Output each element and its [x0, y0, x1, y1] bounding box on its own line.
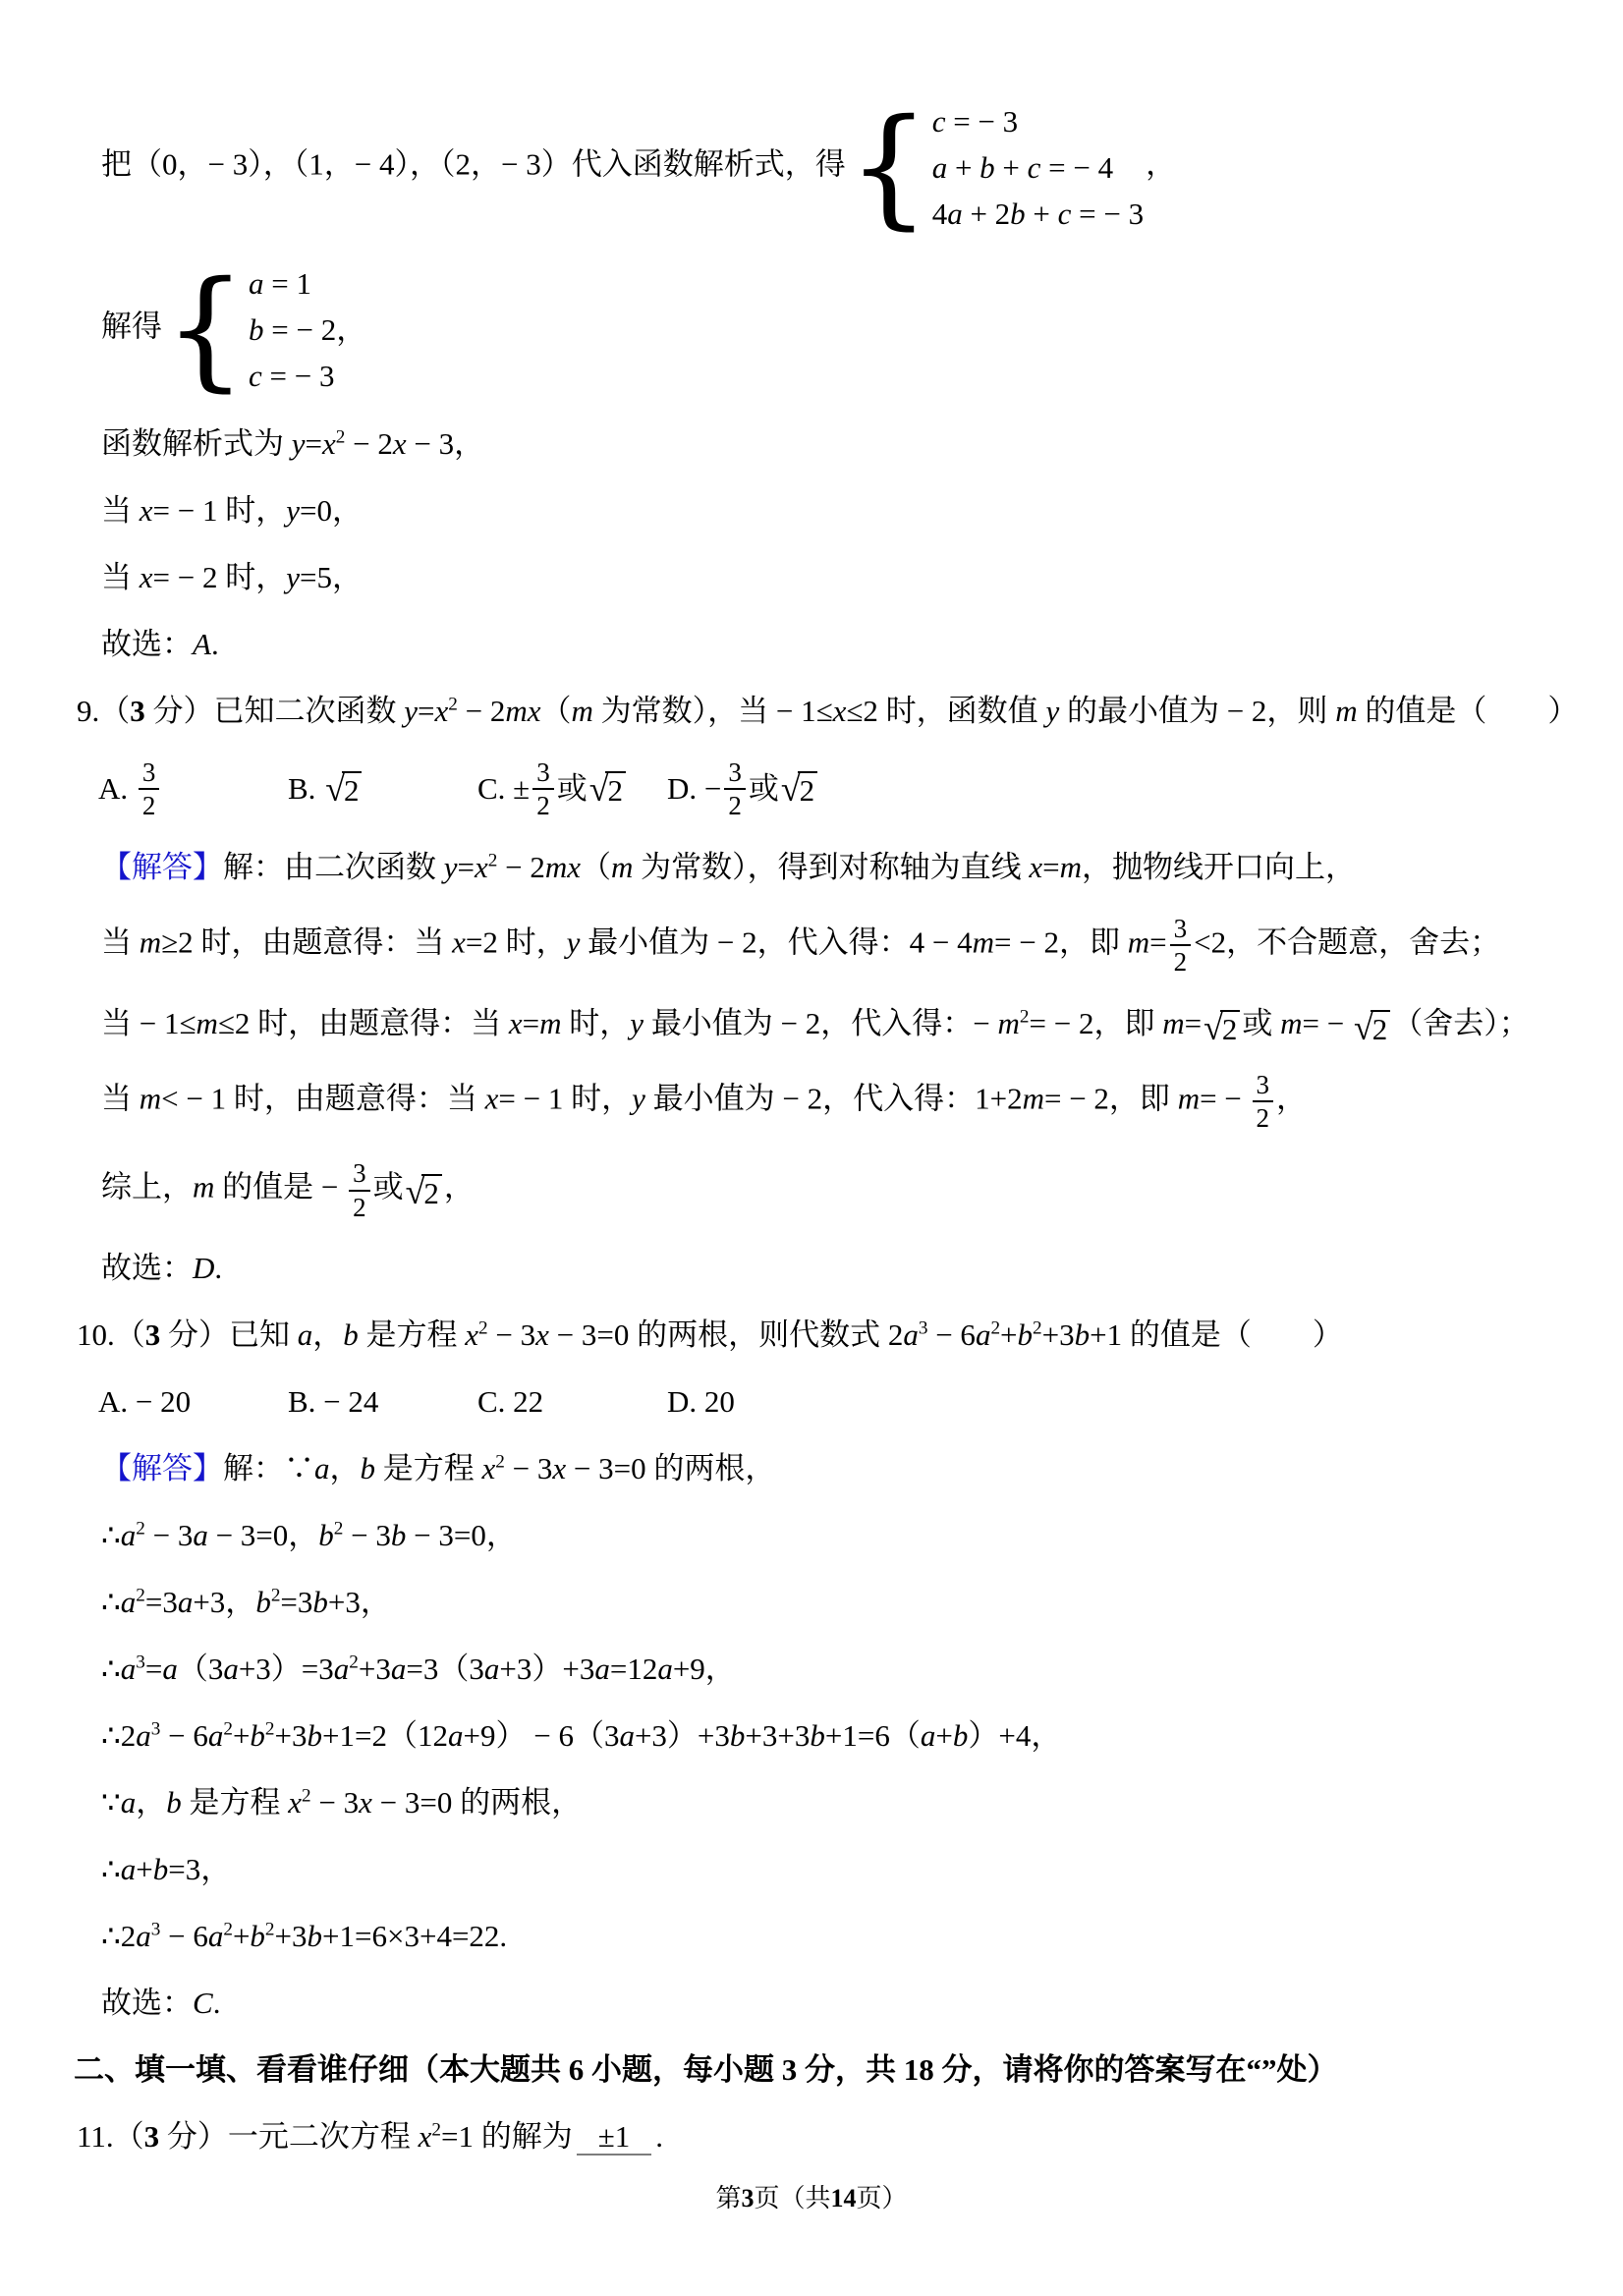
text-run: +: [995, 150, 1028, 185]
fraction: 32: [1170, 913, 1192, 979]
text-run: ≥2 时，由题意得：当: [161, 924, 452, 959]
superscript: 2: [302, 1786, 311, 1807]
text-run: 最小值为 − 2，代入得：−: [644, 1006, 997, 1040]
superscript: 2: [136, 1519, 145, 1540]
math-variable: x: [485, 1081, 499, 1115]
math-variable: m: [1335, 694, 1357, 728]
cases-system: {a = 1b = − 2，c = − 3: [164, 260, 366, 399]
math-variable: a: [619, 1718, 635, 1753]
math-variable: a: [657, 1652, 673, 1686]
math-variable: b: [1018, 1317, 1034, 1352]
math-variable: c: [1058, 196, 1072, 231]
text-run: − 3=0，: [406, 1518, 516, 1552]
math-variable: m: [998, 1006, 1020, 1040]
math-variable: x: [552, 1451, 566, 1485]
text-run: =: [145, 1652, 162, 1686]
text-run: +3: [359, 1652, 391, 1686]
cases-row: c = − 3: [932, 98, 1144, 144]
text-run: − 3=0，: [208, 1518, 318, 1552]
square-root: √2: [406, 1174, 442, 1209]
bold-text: 3: [145, 1317, 161, 1352]
bold-text: 3: [130, 694, 145, 728]
text-run: = − 2，即: [1030, 1006, 1163, 1040]
text-run: 分）已知: [160, 1317, 298, 1352]
math-variable: mx: [505, 694, 540, 728]
math-variable: a: [121, 1585, 137, 1619]
solution-line: 当 m≥2 时，由题意得：当 x=2 时，y 最小值为 − 2，代入得：4 − …: [101, 913, 1623, 979]
text-run: +1=2（12: [322, 1718, 448, 1753]
text-run: +3: [275, 1718, 308, 1753]
text-run: − 3: [145, 1518, 193, 1552]
square-root: √2: [1354, 1010, 1390, 1045]
text-run: 分）一元二次方程: [159, 2119, 419, 2154]
text-run: ，: [330, 1451, 361, 1485]
fraction: 32: [139, 756, 160, 822]
text-run: +3，: [193, 1585, 255, 1619]
cases-row: b = − 2，: [249, 307, 366, 353]
math-variable: a: [121, 1518, 137, 1552]
math-variable: x: [322, 426, 336, 461]
math-variable: x: [359, 1785, 372, 1820]
math-variable: x: [833, 694, 847, 728]
text-run: =5，: [300, 560, 363, 594]
math-variable: y: [567, 924, 581, 959]
math-variable: x: [535, 1317, 549, 1352]
text-run: 故选：: [101, 1251, 193, 1285]
text-run: < − 1 时，由题意得：当: [161, 1081, 484, 1115]
fraction-denominator: 2: [349, 1192, 370, 1223]
superscript: 2: [336, 427, 346, 448]
superscript: 2: [478, 1318, 488, 1339]
text-run: 最小值为 − 2，代入得：4 − 4: [580, 924, 972, 959]
math-variable: x: [509, 1006, 523, 1040]
fraction-denominator: 2: [139, 790, 160, 821]
math-variable: b: [318, 1518, 334, 1552]
solution-line: ∴a2=3a+3，b2=3b+3，: [101, 1581, 1623, 1624]
math-variable: m: [196, 1006, 218, 1040]
text-run: D. 20: [667, 1380, 735, 1424]
math-variable: a: [484, 1652, 500, 1686]
option-cell: D. −32或√2: [667, 756, 819, 822]
text-run: − 6: [160, 1718, 207, 1753]
cases-row: a = 1: [249, 260, 366, 307]
text-run: 解得: [101, 309, 162, 344]
text-run: = − 2，即: [994, 924, 1128, 959]
math-variable: c: [1028, 150, 1041, 185]
solution-line: ∴a+b=3，: [101, 1848, 1623, 1891]
superscript: 2: [488, 850, 498, 870]
text-run: +: [1000, 1317, 1017, 1352]
math-variable: c: [932, 104, 946, 139]
text-run: 为常数），得到对称轴为直线: [633, 850, 1029, 884]
text-run: ，: [136, 1785, 166, 1820]
solution-line: 函数解析式为 y=x2 − 2x − 3，: [101, 422, 1623, 466]
text-run: =: [1149, 924, 1166, 959]
math-variable: a: [903, 1317, 919, 1352]
radicand: 2: [1220, 1010, 1241, 1044]
text-run: +1=6×3+4=22.: [322, 1919, 507, 1953]
math-variable: b: [1010, 196, 1026, 231]
text-run: =3（3: [406, 1652, 483, 1686]
bold-text: 14: [831, 2184, 857, 2212]
solution-line: ∵a，b 是方程 x2 − 3x − 3=0 的两根，: [101, 1781, 1623, 1824]
text-run: ≤2 时，由题意得：当: [218, 1006, 509, 1040]
math-variable: D: [193, 1251, 214, 1285]
math-variable: b: [361, 1451, 376, 1485]
radicand: 2: [605, 771, 626, 806]
text-run: +3: [275, 1919, 308, 1953]
math-variable: m: [1178, 1081, 1200, 1115]
text-run: （: [541, 694, 572, 728]
text-run: =: [1185, 1006, 1202, 1040]
fraction-denominator: 2: [1170, 946, 1192, 978]
text-run: =3，: [168, 1852, 231, 1886]
math-variable: m: [611, 850, 633, 884]
options-row: A. − 20B. − 24C. 22D. 20: [98, 1380, 1623, 1424]
text-run: 或: [557, 767, 588, 811]
superscript: 3: [136, 1652, 145, 1673]
text-run: +: [233, 1718, 250, 1753]
math-variable: b: [343, 1317, 359, 1352]
left-brace-icon: {: [164, 268, 247, 391]
radicand: 2: [421, 1174, 442, 1208]
math-variable: a: [121, 1852, 137, 1886]
math-variable: x: [465, 1317, 478, 1352]
fraction-numerator: 3: [1253, 1069, 1274, 1102]
text-run: − 3=0 的两根，: [566, 1451, 775, 1485]
document-body: 把（0，− 3），（1，− 4），（2，− 3）代入函数解析式，得{c = − …: [0, 98, 1623, 2158]
text-run: C. 22: [477, 1380, 543, 1424]
math-variable: mx: [545, 850, 581, 884]
text-run: ，: [1146, 147, 1176, 182]
superscript: 2: [223, 1719, 233, 1740]
fraction-numerator: 3: [139, 756, 160, 790]
text-run: （: [581, 850, 611, 884]
exam-page: 把（0，− 3），（1，− 4），（2，− 3）代入函数解析式，得{c = − …: [0, 0, 1623, 2296]
text-run: 的最小值为 − 2，则: [1059, 694, 1335, 728]
text-run: =3: [145, 1585, 178, 1619]
text-run: − 3=0 的两根，则代数式 2: [549, 1317, 903, 1352]
text-run: ∴: [101, 1518, 121, 1552]
text-run: +3: [1042, 1317, 1075, 1352]
fraction-denominator: 2: [724, 790, 746, 821]
math-variable: a: [594, 1652, 610, 1686]
math-variable: m: [1060, 850, 1082, 884]
option-cell: B. − 24: [288, 1380, 477, 1424]
text-run: +3，: [328, 1585, 391, 1619]
text-run: − 3=0 的两根，: [372, 1785, 582, 1820]
text-run: − 2: [497, 850, 544, 884]
fraction: 32: [724, 756, 746, 822]
text-run: 或: [1242, 1006, 1280, 1040]
superscript: 3: [151, 1719, 161, 1740]
math-variable: x: [419, 2119, 432, 2154]
math-variable: y: [630, 1006, 644, 1040]
math-variable: m: [572, 694, 593, 728]
math-variable: a: [976, 1317, 991, 1352]
math-variable: a: [121, 1652, 137, 1686]
text-run: = − 2，即: [1044, 1081, 1178, 1115]
text-run: +: [136, 1852, 152, 1886]
math-variable: y: [632, 1081, 645, 1115]
math-variable: C: [193, 1986, 213, 2020]
fraction-denominator: 2: [532, 790, 554, 821]
text-run: 综上，: [101, 1170, 193, 1204]
text-run: =: [523, 1006, 539, 1040]
superscript: 2: [265, 1719, 275, 1740]
math-variable: b: [153, 1852, 169, 1886]
solution-line: 【解答】解：∵a，b 是方程 x2 − 3x − 3=0 的两根，: [101, 1447, 1623, 1490]
text-run: 是方程: [182, 1785, 289, 1820]
math-variable: m: [140, 1081, 161, 1115]
solution-line: 故选：C.: [101, 1982, 1623, 2025]
text-run: = − 4: [1040, 150, 1113, 185]
text-run: =2 时，: [466, 924, 567, 959]
math-variable: m: [140, 924, 161, 959]
superscript: 2: [136, 1586, 145, 1606]
math-variable: a: [334, 1652, 350, 1686]
math-variable: b: [1075, 1317, 1091, 1352]
text-run: A. − 20: [98, 1380, 191, 1424]
math-variable: x: [475, 850, 488, 884]
math-variable: a: [391, 1652, 407, 1686]
text-run: 把（0，− 3），（1，− 4），（2，− 3）代入函数解析式，得: [101, 147, 846, 182]
math-variable: b: [250, 1919, 265, 1953]
math-variable: a: [947, 196, 963, 231]
solution-line: 把（0，− 3），（1，− 4），（2，− 3）代入函数解析式，得{c = − …: [101, 98, 1623, 237]
text-run: 页（共: [754, 2184, 830, 2212]
superscript: 2: [271, 1586, 281, 1606]
math-variable: a: [136, 1718, 151, 1753]
text-run: +: [1026, 196, 1058, 231]
superscript: 2: [1033, 1318, 1042, 1339]
text-run: 解：∵: [223, 1451, 314, 1485]
answer-blank: ±1: [577, 2119, 652, 2156]
text-run: 是方程: [375, 1451, 482, 1485]
page-footer: 第3页（共14页）: [0, 2182, 1623, 2215]
fraction-denominator: 2: [1253, 1102, 1274, 1134]
math-variable: a: [208, 1919, 224, 1953]
left-brace-icon: {: [848, 106, 930, 229]
fraction-numerator: 3: [724, 756, 746, 790]
math-variable: a: [921, 1718, 936, 1753]
cases-rows: c = − 3a + b + c = − 44a + 2b + c = − 3: [932, 98, 1144, 237]
math-variable: b: [810, 1718, 825, 1753]
text-run: 分）已知二次函数: [145, 694, 405, 728]
option-cell: A. 32: [98, 756, 288, 822]
solution-line: ∴2a3 − 6a2+b2+3b+1=2（12a+9） − 6（3a+3）+3b…: [101, 1714, 1623, 1758]
superscript: 2: [448, 695, 458, 715]
text-run: =0，: [300, 493, 363, 528]
math-variable: a: [208, 1718, 224, 1753]
text-run: = − 3: [1071, 196, 1144, 231]
text-run: − 6: [160, 1919, 207, 1953]
math-variable: x: [435, 694, 449, 728]
text-run: +1=6（: [825, 1718, 921, 1753]
math-variable: m: [1128, 924, 1149, 959]
math-variable: b: [255, 1585, 271, 1619]
solution-line: ∴2a3 − 6a2+b2+3b+1=6×3+4=22.: [101, 1915, 1623, 1958]
text-run: A.: [98, 767, 136, 811]
math-variable: a: [298, 1317, 313, 1352]
solution-label: 【解答】: [101, 1451, 223, 1485]
solution-line: 当 − 1≤m≤2 时，由题意得：当 x=m 时，y 最小值为 − 2，代入得：…: [101, 1002, 1623, 1045]
text-run: − 2: [345, 426, 392, 461]
text-run: = − 1 时，: [153, 493, 287, 528]
math-variable: x: [140, 493, 153, 528]
text-run: 为常数），当 − 1≤: [593, 694, 833, 728]
text-run: 时，: [562, 1006, 631, 1040]
math-variable: m: [1162, 1006, 1184, 1040]
text-run: ∵: [101, 1785, 121, 1820]
text-run: − 3: [311, 1785, 359, 1820]
text-run: 的值是（ ）: [1358, 694, 1579, 728]
radicand: 2: [342, 771, 363, 806]
option-cell: D. 20: [667, 1380, 735, 1424]
text-run: ∴: [101, 1852, 121, 1886]
question-line: 10.（3 分）已知 a，b 是方程 x2 − 3x − 3=0 的两根，则代数…: [77, 1314, 1623, 1357]
text-run: − 3: [505, 1451, 552, 1485]
solution-line: 当 x= − 1 时，y=0，: [101, 489, 1623, 532]
text-run: +: [935, 1718, 952, 1753]
text-run: B. − 24: [288, 1380, 378, 1424]
text-run: = − 3: [262, 359, 335, 393]
text-run: 当: [101, 493, 140, 528]
solution-line: 当 m< − 1 时，由题意得：当 x= − 1 时，y 最小值为 − 2，代入…: [101, 1069, 1623, 1135]
math-variable: a: [193, 1518, 208, 1552]
square-root: √2: [589, 771, 626, 807]
text-run: − 6: [927, 1317, 975, 1352]
math-variable: b: [312, 1585, 328, 1619]
text-run: 11.（: [77, 2119, 144, 2154]
text-run: 当: [101, 560, 140, 594]
solution-label: 【解答】: [101, 850, 223, 884]
text-run: = − 2 时，: [153, 560, 287, 594]
solution-line: 【解答】解：由二次函数 y=x2 − 2mx（m 为常数），得到对称轴为直线 x…: [101, 846, 1623, 889]
math-variable: y: [286, 493, 300, 528]
cases-row: c = − 3: [249, 353, 366, 399]
math-variable: x: [1029, 850, 1042, 884]
text-run: =: [418, 694, 434, 728]
math-variable: x: [452, 924, 466, 959]
text-run: ≤2 时，函数值: [846, 694, 1045, 728]
text-run: 当 − 1≤: [101, 1006, 196, 1040]
math-variable: b: [979, 150, 995, 185]
option-cell: C. ±32或√2: [477, 756, 667, 822]
text-run: 故选：: [101, 1986, 193, 2020]
math-variable: x: [288, 1785, 302, 1820]
math-variable: a: [136, 1919, 151, 1953]
text-run: 10.（: [77, 1317, 145, 1352]
text-run: = − 3: [945, 104, 1018, 139]
text-run: =: [458, 850, 475, 884]
math-variable: b: [308, 1919, 323, 1953]
math-variable: b: [308, 1718, 323, 1753]
math-variable: b: [391, 1518, 407, 1552]
text-run: .: [211, 627, 219, 661]
text-run: 当: [101, 1081, 140, 1115]
section-heading: 二、填一填、看看谁仔细（本大题共 6 小题，每小题 3 分，共 18 分，请将你…: [74, 2048, 1623, 2092]
square-root: √2: [1203, 1010, 1240, 1045]
bold-text: 二、填一填、看看谁仔细（本大题共 6 小题，每小题 3 分，共 18 分，请将你…: [74, 2052, 1338, 2087]
math-variable: b: [249, 312, 264, 347]
text-run: 是方程: [359, 1317, 466, 1352]
text-run: − 3，: [407, 426, 484, 461]
superscript: 2: [265, 1920, 275, 1940]
text-run: B.: [288, 767, 323, 811]
text-run: .: [655, 2119, 663, 2154]
text-run: =1 的解为: [441, 2119, 573, 2154]
question-line: 11.（3 分）一元二次方程 x2=1 的解为±1.: [77, 2115, 1623, 2158]
text-run: =3: [280, 1585, 312, 1619]
cases-rows: a = 1b = − 2，c = − 3: [249, 260, 366, 399]
math-variable: a: [162, 1652, 178, 1686]
text-run: 故选：: [101, 627, 193, 661]
text-run: ）+4，: [968, 1718, 1061, 1753]
superscript: 3: [919, 1318, 928, 1339]
question-line: 9.（3 分）已知二次函数 y=x2 − 2mx（m 为常数），当 − 1≤x≤…: [77, 690, 1623, 733]
math-variable: m: [1023, 1081, 1044, 1115]
text-run: − 2: [458, 694, 505, 728]
superscript: 2: [990, 1318, 1000, 1339]
text-run: ，: [444, 1170, 475, 1204]
fraction-numerator: 3: [1170, 913, 1192, 946]
text-run: +3）=3: [239, 1652, 334, 1686]
text-run: 4: [932, 196, 948, 231]
option-cell: A. − 20: [98, 1380, 288, 1424]
text-run: C. ±: [477, 767, 530, 811]
superscript: 2: [495, 1452, 505, 1473]
text-run: ，抛物线开口向上，: [1082, 850, 1356, 884]
text-run: +3）+3: [499, 1652, 594, 1686]
text-run: +3）+3: [635, 1718, 730, 1753]
math-variable: b: [730, 1718, 746, 1753]
text-run: 页）: [857, 2184, 908, 2212]
fraction: 32: [532, 756, 554, 822]
text-run: +: [947, 150, 979, 185]
text-run: ∴: [101, 1585, 121, 1619]
math-variable: y: [292, 426, 306, 461]
text-run: <2，不合题意，舍去；: [1194, 924, 1500, 959]
math-variable: b: [250, 1718, 265, 1753]
math-variable: a: [314, 1451, 330, 1485]
options-row: A. 32B. √2C. ±32或√2D. −32或√2: [98, 756, 1623, 822]
square-root: √2: [781, 771, 817, 807]
math-variable: A: [193, 627, 211, 661]
option-cell: B. √2: [288, 767, 477, 811]
square-root: √2: [325, 771, 362, 807]
text-run: .: [213, 1986, 221, 2020]
solution-line: ∴a3=a（3a+3）=3a2+3a=3（3a+3）+3a=12a+9，: [101, 1648, 1623, 1691]
text-run: = −: [1200, 1081, 1249, 1115]
text-run: =: [1042, 850, 1059, 884]
text-run: ∴2: [101, 1919, 136, 1953]
math-variable: y: [404, 694, 418, 728]
math-variable: m: [539, 1006, 561, 1040]
text-run: ∴2: [101, 1718, 136, 1753]
text-run: 9.（: [77, 694, 130, 728]
text-run: + 2: [963, 196, 1010, 231]
math-variable: a: [249, 266, 264, 301]
math-variable: a: [448, 1718, 464, 1753]
text-run: − 3: [488, 1317, 535, 1352]
superscript: 2: [223, 1920, 233, 1940]
text-run: 最小值为 − 2，代入得：1+2: [645, 1081, 1023, 1115]
text-run: （3: [178, 1652, 224, 1686]
text-run: 的值是 −: [214, 1170, 346, 1204]
text-run: 函数解析式为: [101, 426, 292, 461]
text-run: 解：由二次函数: [223, 850, 444, 884]
